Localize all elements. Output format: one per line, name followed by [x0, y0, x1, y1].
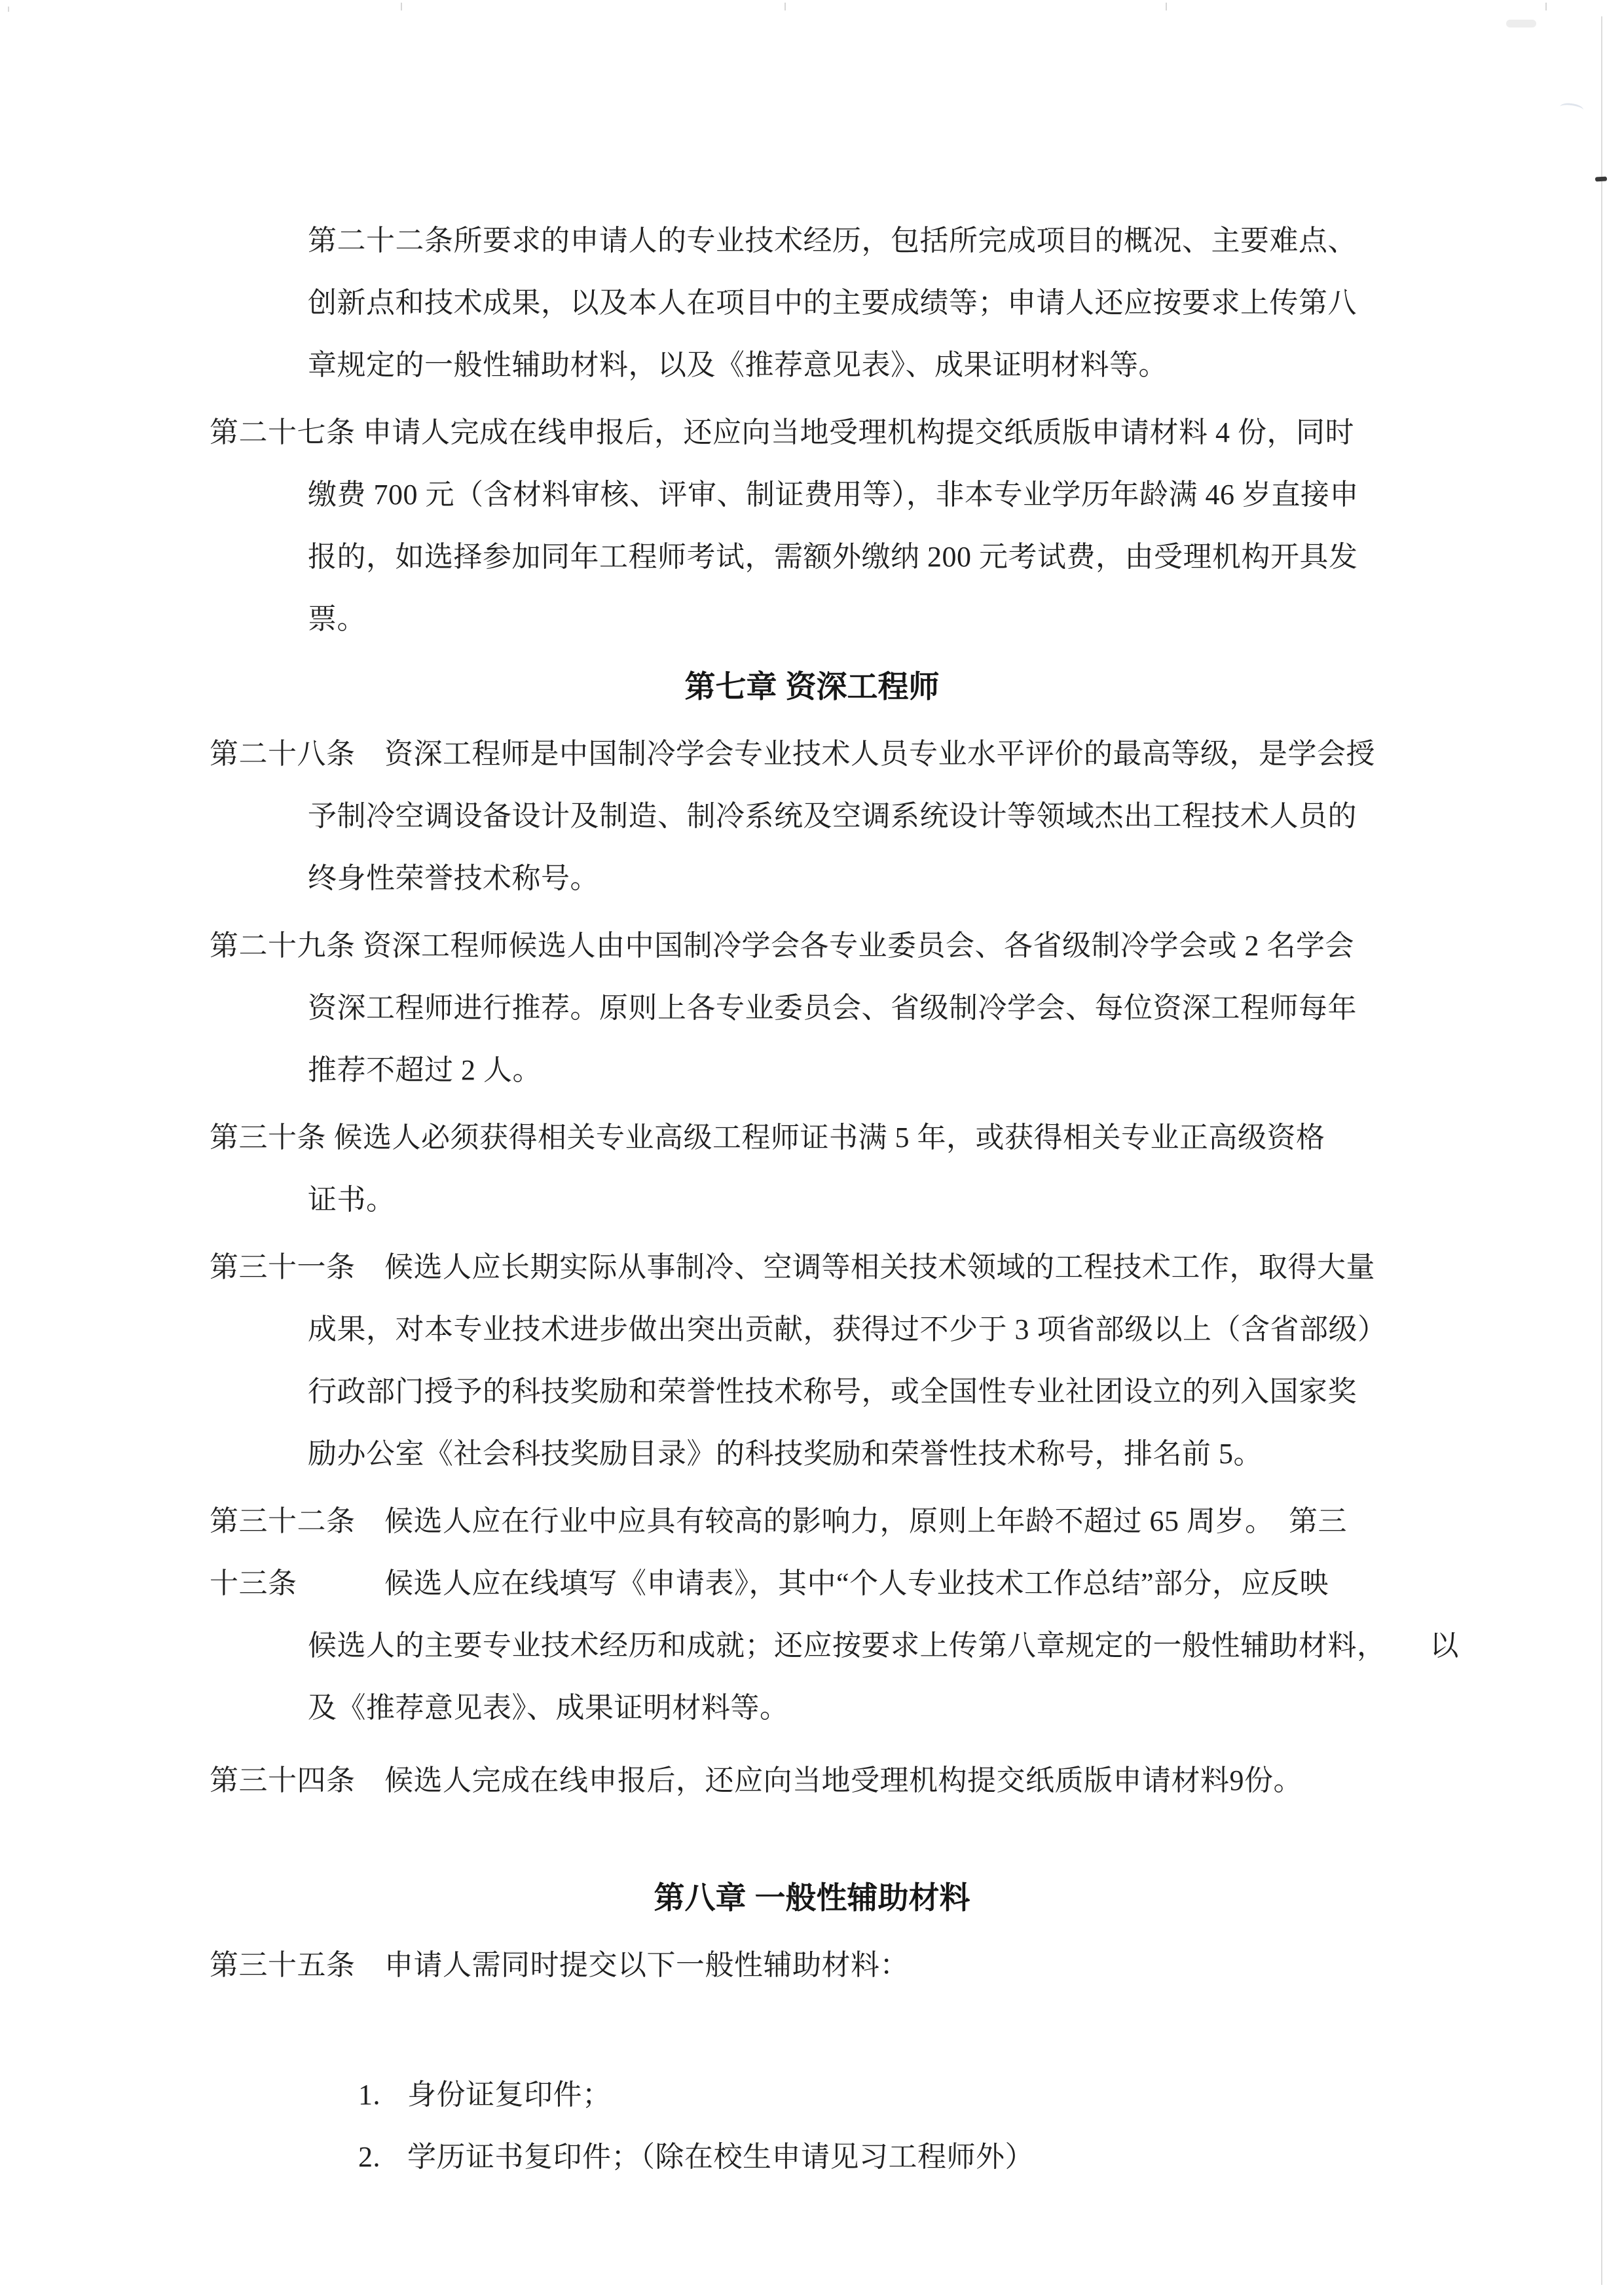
text-line: 第二十八条 资深工程师是中国制冷学会专业技术人员专业水平评价的最高等级，是学会授 [210, 723, 1624, 785]
paragraph-article-29: 第二十九条 资深工程师候选人由中国制冷学会各专业委员会、各省级制冷学会或 2 名… [0, 915, 1624, 1101]
document-page: 第二十二条所要求的申请人的专业技术经历，包括所完成项目的概况、主要难点、 创新点… [0, 0, 1624, 2296]
scan-tick-mark [401, 3, 402, 10]
text-line: 章规定的一般性辅助材料，以及《推荐意见表》、成果证明材料等。 [308, 334, 1624, 396]
paragraph-article-31: 第三十一条 候选人应长期实际从事制冷、空调等相关技术领域的工程技术工作，取得大量… [0, 1236, 1624, 1485]
text-line: 创新点和技术成果，以及本人在项目中的主要成绩等；申请人还应按要求上传第八 [308, 272, 1624, 334]
text-line: 候选人的主要专业技术经历和成就；还应按要求上传第八章规定的一般性辅助材料， 以 [308, 1614, 1624, 1677]
text-line: 推荐不超过 2 人。 [308, 1039, 1624, 1101]
paragraph-article-35: 第三十五条 申请人需同时提交以下一般性辅助材料： [0, 1934, 1624, 1996]
scan-edge-dash [1595, 177, 1607, 182]
paragraph-article-27: 第二十七条 申请人完成在线申报后，还应向当地受理机构提交纸质版申请材料 4 份，… [0, 401, 1624, 650]
attachment-list: 1.身份证复印件； 2.学历证书复印件；（除在校生申请见习工程师外） [0, 2001, 1624, 2126]
scan-speck [8, 7, 9, 12]
scan-curve-mark [1559, 102, 1584, 115]
text-line: 第三十条 候选人必须获得相关专业高级工程师证书满 5 年，或获得相关专业正高级资… [210, 1106, 1624, 1169]
scan-tick-mark [1166, 3, 1167, 10]
text-line: 及《推荐意见表》、成果证明材料等。 [308, 1677, 1624, 1739]
scan-tick-mark [1545, 3, 1547, 10]
text-line: 第三十一条 候选人应长期实际从事制冷、空调等相关技术领域的工程技术工作，取得大量 [210, 1236, 1624, 1298]
chapter-heading-7: 第七章 资深工程师 [0, 655, 1624, 718]
paragraph-articles-32-33: 第三十二条 候选人应在行业中应具有较高的影响力，原则上年龄不超过 65 周岁。 … [0, 1490, 1624, 1739]
text-line: 成果，对本专业技术进步做出突出贡献，获得过不少于 3 项省部级以上（含省部级） [308, 1298, 1624, 1360]
list-item: 1.身份证复印件； [298, 2001, 1624, 2064]
list-item-text: 身份证复印件； [407, 2079, 612, 2111]
text-line: 缴费 700 元（含材料审核、评审、制证费用等），非本专业学历年龄满 46 岁直… [308, 464, 1624, 526]
text-line: 十三条 候选人应在线填写《申请表》，其中“个人专业技术工作总结”部分，应反映 [210, 1552, 1624, 1614]
text-line: 第二十二条所要求的申请人的专业技术经历，包括所完成项目的概况、主要难点、 [308, 210, 1624, 272]
text-line: 行政部门授予的科技奖励和荣誉性技术称号，或全国性专业社团设立的列入国家奖 [308, 1360, 1624, 1423]
paragraph-article-30: 第三十条 候选人必须获得相关专业高级工程师证书满 5 年，或获得相关专业正高级资… [0, 1106, 1624, 1231]
text-line: 励办公室《社会科技奖励目录》的科技奖励和荣誉性技术称号，排名前 5。 [308, 1423, 1624, 1485]
list-item-number: 1. [358, 2064, 407, 2126]
paragraph-article-22-continuation: 第二十二条所要求的申请人的专业技术经历，包括所完成项目的概况、主要难点、 创新点… [0, 210, 1624, 396]
scan-smudge [1506, 20, 1536, 27]
document-content: 第二十二条所要求的申请人的专业技术经历，包括所完成项目的概况、主要难点、 创新点… [0, 210, 1624, 2126]
list-item-number: 2. [358, 2126, 407, 2188]
text-line: 证书。 [308, 1169, 1624, 1231]
text-line: 予制冷空调设备设计及制造、制冷系统及空调系统设计等领域杰出工程技术人员的 [308, 785, 1624, 847]
text-line: 第三十四条 候选人完成在线申报后，还应向当地受理机构提交纸质版申请材料9份。 [210, 1749, 1624, 1812]
paragraph-article-28: 第二十八条 资深工程师是中国制冷学会专业技术人员专业水平评价的最高等级，是学会授… [0, 723, 1624, 909]
scan-tick-mark [784, 3, 786, 10]
text-line: 票。 [308, 588, 1624, 650]
text-line: 第三十二条 候选人应在行业中应具有较高的影响力，原则上年龄不超过 65 周岁。 … [210, 1490, 1624, 1552]
text-line: 资深工程师进行推荐。原则上各专业委员会、省级制冷学会、每位资深工程师每年 [308, 977, 1624, 1039]
text-line: 第三十五条 申请人需同时提交以下一般性辅助材料： [210, 1934, 1624, 1996]
text-line: 第二十九条 资深工程师候选人由中国制冷学会各专业委员会、各省级制冷学会或 2 名… [210, 915, 1624, 977]
text-line: 终身性荣誉技术称号。 [308, 847, 1624, 909]
text-line: 报的，如选择参加同年工程师考试，需额外缴纳 200 元考试费，由受理机构开具发 [308, 526, 1624, 588]
text-line: 第二十七条 申请人完成在线申报后，还应向当地受理机构提交纸质版申请材料 4 份，… [210, 401, 1624, 464]
list-item-text: 学历证书复印件；（除在校生申请见习工程师外） [407, 2141, 1034, 2173]
paragraph-article-34: 第三十四条 候选人完成在线申报后，还应向当地受理机构提交纸质版申请材料9份。 [0, 1749, 1624, 1812]
chapter-heading-8: 第八章 一般性辅助材料 [0, 1867, 1624, 1929]
